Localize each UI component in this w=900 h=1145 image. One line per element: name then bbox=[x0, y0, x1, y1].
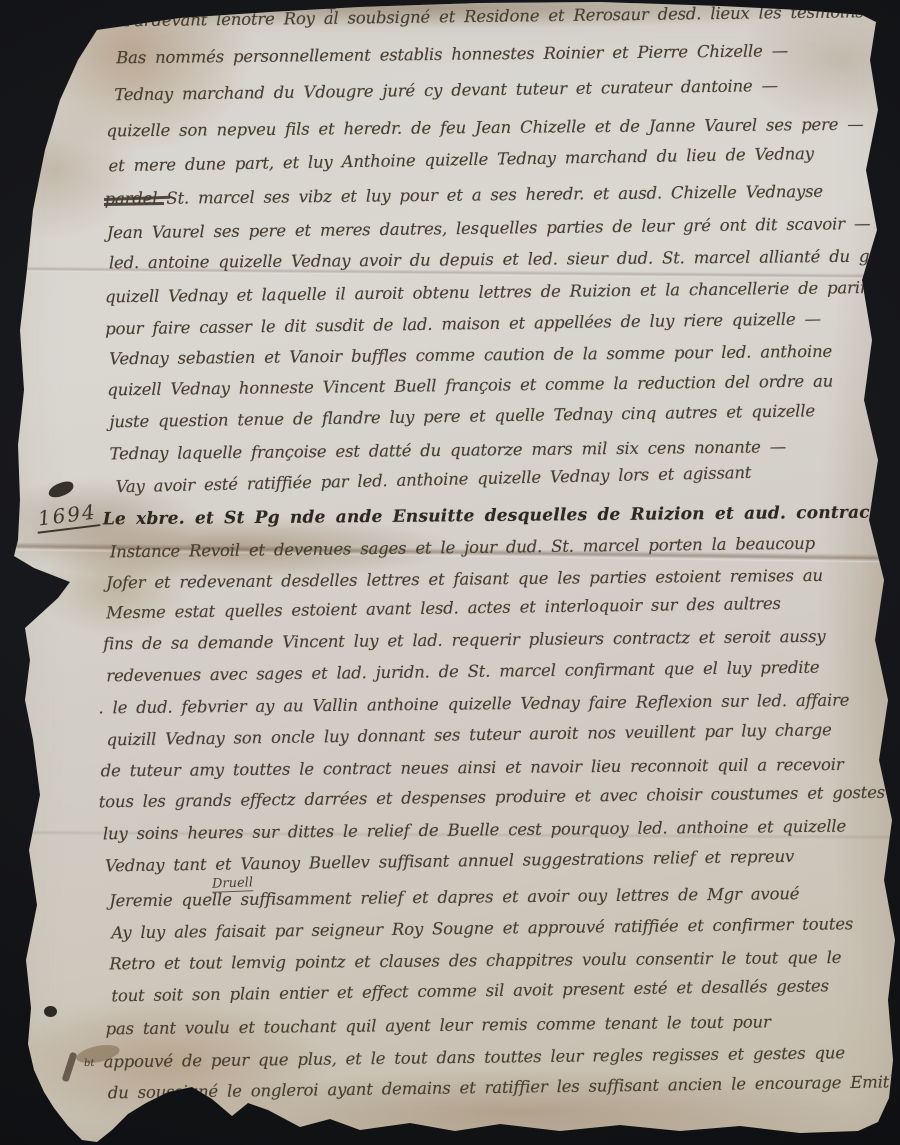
manuscript-line: Jofer et redevenant desdelles lettres et… bbox=[106, 566, 823, 593]
photo-of-manuscript: — + 1694 Pardevant lenotre Roy al soubsi… bbox=[0, 0, 900, 1145]
manuscript-line: Jean Vaurel ses pere et meres dautres, l… bbox=[107, 214, 871, 243]
manuscript-line: quizell Vednay honneste Vincent Buell fr… bbox=[107, 371, 833, 400]
interlinear-insertion-note: Druell bbox=[212, 875, 254, 892]
manuscript-line: pas tant voulu et touchant quil ayent le… bbox=[105, 1012, 770, 1039]
manuscript-line: pour faire casser le dit susdit de lad. … bbox=[105, 309, 821, 339]
manuscript-line: Tednay marchand du Vdougre juré cy devan… bbox=[114, 76, 778, 105]
manuscript-line: . le dud. febvrier ay au Vallin anthoine… bbox=[98, 691, 849, 719]
manuscript-paper-sheet: — + 1694 Pardevant lenotre Roy al soubsi… bbox=[0, 0, 900, 1145]
manuscript-line: led. antoine quizelle Vednay avoir du de… bbox=[109, 246, 900, 273]
manuscript-line: Ay luy ales faisait par seigneur Roy Sou… bbox=[111, 914, 853, 943]
interlinear-small-note: bt bbox=[84, 1058, 95, 1069]
manuscript-line-bold-date: Le xbre. et St Pg nde ande Ensuitte desq… bbox=[103, 501, 900, 530]
manuscript-line: tout soit son plain entier et effect com… bbox=[111, 976, 829, 1006]
manuscript-line: Pardevant lenotre Roy al soubsigné et Re… bbox=[124, 2, 864, 31]
handwritten-text-block: Pardevant lenotre Roy al soubsigné et Re… bbox=[104, 0, 874, 1145]
manuscript-line: Vay avoir esté ratiffiée par led. anthoi… bbox=[115, 463, 751, 497]
manuscript-line: du soussigné le ongleroi ayant demains e… bbox=[108, 1072, 900, 1103]
margin-date-note: 1694 bbox=[35, 499, 101, 533]
manuscript-line: quizill Vednay son oncle luy donnant ses… bbox=[106, 720, 831, 750]
manuscript-line: de tuteur amy touttes le contract neues … bbox=[101, 755, 844, 781]
manuscript-line: Mesme estat quelles estoient avant lesd.… bbox=[106, 594, 781, 623]
manuscript-line: Retro et tout lemvig pointz et clauses d… bbox=[109, 948, 841, 974]
manuscript-line: Bas nommés personnellement establis honn… bbox=[116, 41, 788, 68]
manuscript-line: pardel St. marcel ses vibz et luy pour e… bbox=[105, 182, 823, 209]
manuscript-line: Instance Revoil et devenues sages et le … bbox=[110, 534, 815, 562]
ink-smudge-stroke bbox=[62, 1052, 78, 1083]
manuscript-line: quizell Vednay et laquelle il auroit obt… bbox=[105, 278, 871, 307]
manuscript-line: juste question tenue de flandre luy pere… bbox=[109, 401, 815, 432]
manuscript-line: quizelle son nepveu fils et heredr. de f… bbox=[106, 115, 863, 141]
manuscript-line: Vednay sebastien et Vanoir buffles comme… bbox=[109, 342, 832, 369]
manuscript-line: Vednay tant et Vaunoy Buellev suffisant … bbox=[105, 847, 794, 876]
manuscript-line: appouvé de peur que plus, et le tout dan… bbox=[104, 1043, 845, 1072]
manuscript-line: tous les grands effectz darrées et despe… bbox=[99, 782, 900, 812]
manuscript-line: luy soins heures sur dittes le relief de… bbox=[103, 817, 846, 845]
manuscript-line: et mere dune part, et luy Anthoine quize… bbox=[108, 144, 814, 176]
manuscript-line: Tednay laquelle françoise est datté du q… bbox=[109, 437, 786, 464]
manuscript-line: redevenues avec sages et lad. juridn. de… bbox=[106, 658, 819, 687]
ink-blot bbox=[47, 479, 76, 499]
manuscript-line: fins de sa demande Vincent luy et lad. r… bbox=[103, 627, 825, 654]
ink-dot bbox=[44, 1006, 57, 1017]
